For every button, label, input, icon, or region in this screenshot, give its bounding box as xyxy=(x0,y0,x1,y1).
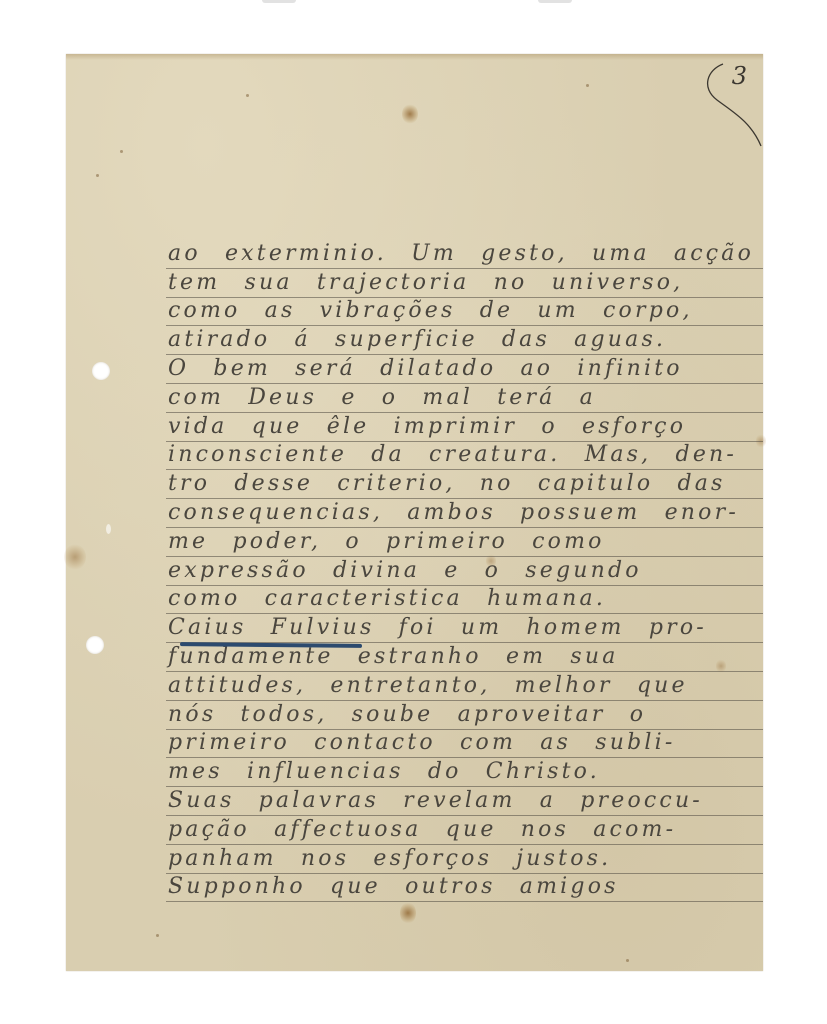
speck xyxy=(586,84,589,87)
speck xyxy=(246,94,249,97)
text-line: primeiro contacto com as subli- xyxy=(166,730,763,759)
speck xyxy=(626,959,629,962)
line-text: vida que êle imprimir o esforço xyxy=(168,414,763,440)
speck xyxy=(156,934,159,937)
page-number-bracket-icon xyxy=(693,60,763,150)
line-text: Caius Fulvius foi um homem pro- xyxy=(168,615,763,641)
line-text: como as vibrações de um corpo, xyxy=(168,298,763,324)
text-line: fundamente estranho em sua xyxy=(166,643,763,672)
line-text: tro desse criterio, no capitulo das xyxy=(168,471,763,497)
line-text: fundamente estranho em sua xyxy=(168,644,763,670)
text-line: Caius Fulvius foi um homem pro- xyxy=(166,614,763,643)
text-line: pação affectuosa que nos acom- xyxy=(166,816,763,845)
text-line: O bem será dilatado ao infinito xyxy=(166,355,763,384)
line-text: expressão divina e o segundo xyxy=(168,558,763,584)
line-text: Suas palavras revelam a preoccu- xyxy=(168,788,763,814)
scan-edge-mark xyxy=(538,0,572,3)
stain xyxy=(400,902,416,924)
line-text: mes influencias do Christo. xyxy=(168,759,763,785)
text-line: inconsciente da creatura. Mas, den- xyxy=(166,442,763,471)
speck xyxy=(120,150,123,153)
line-text: com Deus e o mal terá a xyxy=(168,385,763,411)
handwritten-text: ao exterminio. Um gesto, uma acção tem s… xyxy=(166,240,763,902)
text-line: como as vibrações de um corpo, xyxy=(166,298,763,327)
punch-hole-bottom xyxy=(86,636,104,654)
punch-hole-top xyxy=(92,362,110,380)
text-line: atirado á superficie das aguas. xyxy=(166,326,763,355)
line-text: panham nos esforços justos. xyxy=(168,846,763,872)
speck xyxy=(106,524,111,534)
text-line: me poder, o primeiro como xyxy=(166,528,763,557)
text-line: tro desse criterio, no capitulo das xyxy=(166,470,763,499)
text-line: nós todos, soube aproveitar o xyxy=(166,701,763,730)
line-text: O bem será dilatado ao infinito xyxy=(168,356,763,382)
line-text: nós todos, soube aproveitar o xyxy=(168,702,763,728)
text-line: Supponho que outros amigos xyxy=(166,874,763,903)
text-line: mes influencias do Christo. xyxy=(166,758,763,787)
line-text: como caracteristica humana. xyxy=(168,586,763,612)
text-line: consequencias, ambos possuem enor- xyxy=(166,499,763,528)
speck xyxy=(96,174,99,177)
line-text: attitudes, entretanto, melhor que xyxy=(168,673,763,699)
line-text: pação affectuosa que nos acom- xyxy=(168,817,763,843)
scan-edge-mark xyxy=(262,0,296,3)
text-line: como caracteristica humana. xyxy=(166,586,763,615)
line-text: tem sua trajectoria no universo, xyxy=(168,270,763,296)
page-number: 3 xyxy=(732,62,747,90)
line-text: atirado á superficie das aguas. xyxy=(168,327,763,353)
text-line: ao exterminio. Um gesto, uma acção xyxy=(166,240,763,269)
manuscript-page: 3 ao exterminio. Um gesto, uma acção tem… xyxy=(66,54,763,971)
text-line: Suas palavras revelam a preoccu- xyxy=(166,787,763,816)
line-text: consequencias, ambos possuem enor- xyxy=(168,500,763,526)
text-line: expressão divina e o segundo xyxy=(166,557,763,586)
text-line: attitudes, entretanto, melhor que xyxy=(166,672,763,701)
text-line: vida que êle imprimir o esforço xyxy=(166,413,763,442)
text-line: com Deus e o mal terá a xyxy=(166,384,763,413)
stain xyxy=(64,544,86,570)
page-top-edge xyxy=(66,54,763,60)
line-text: me poder, o primeiro como xyxy=(168,529,763,555)
line-text: primeiro contacto com as subli- xyxy=(168,730,763,756)
line-text: ao exterminio. Um gesto, uma acção xyxy=(168,241,763,267)
text-line: tem sua trajectoria no universo, xyxy=(166,269,763,298)
line-text: Supponho que outros amigos xyxy=(168,874,763,900)
text-line: panham nos esforços justos. xyxy=(166,845,763,874)
stain xyxy=(402,104,418,124)
line-text: inconsciente da creatura. Mas, den- xyxy=(168,442,763,468)
